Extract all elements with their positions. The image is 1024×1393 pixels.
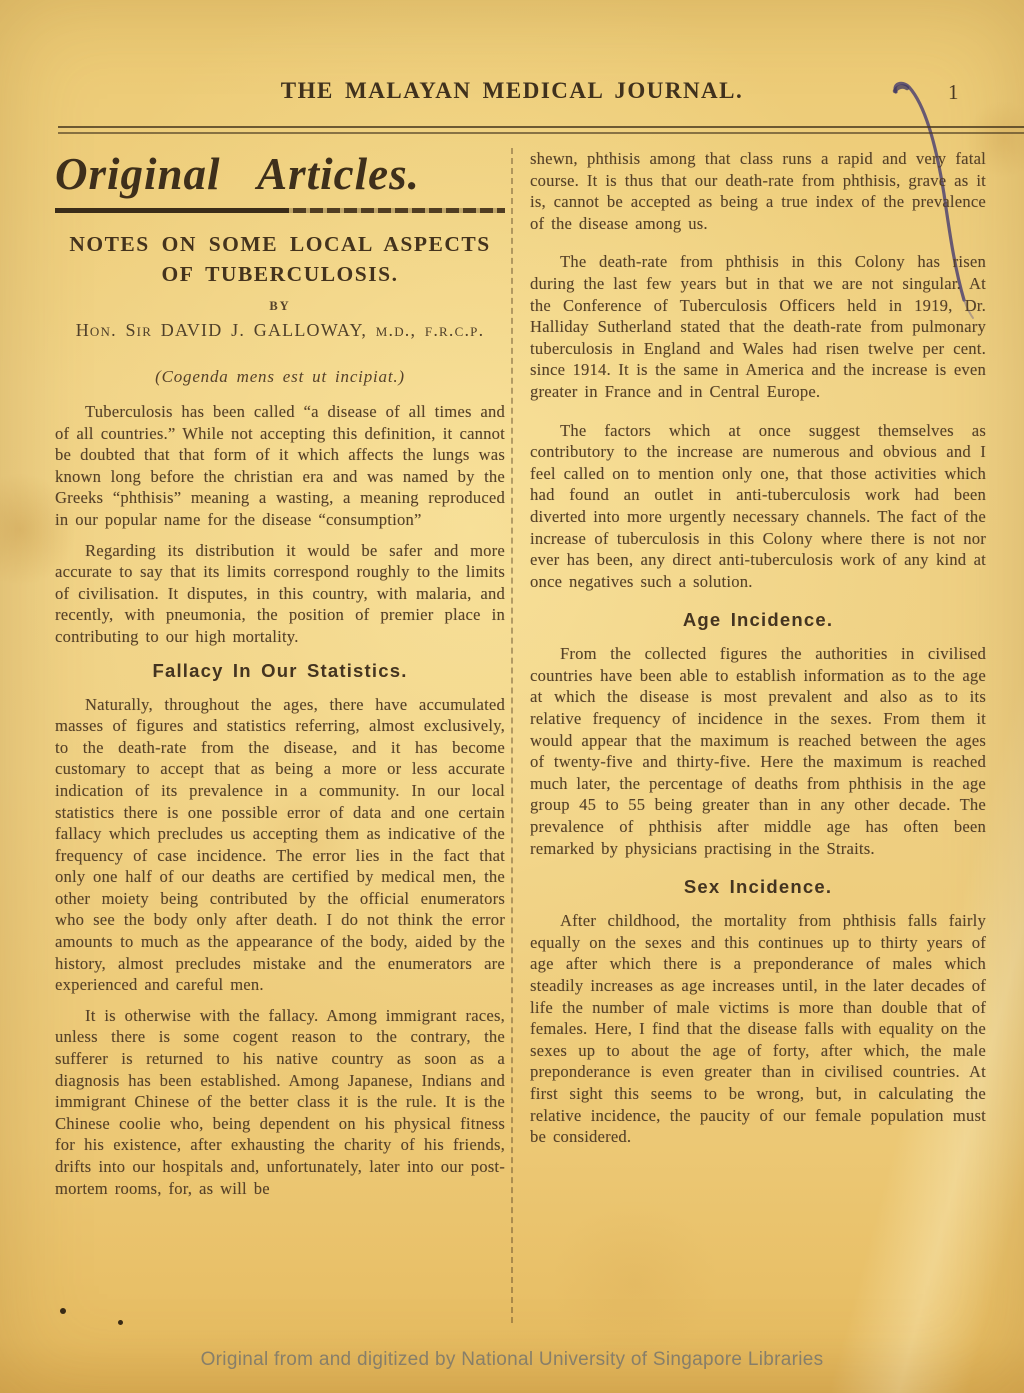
section-title-rule bbox=[55, 208, 505, 213]
heading-age-incidence: Age Incidence. bbox=[530, 609, 986, 631]
header-divider-rule bbox=[58, 126, 1024, 134]
latin-epigraph: (Cogenda mens est ut incipiat.) bbox=[55, 367, 505, 387]
digitization-credit: Original from and digitized by National … bbox=[0, 1349, 1024, 1371]
article-title: NOTES ON SOME LOCAL ASPECTS OF TUBERCULO… bbox=[55, 229, 505, 289]
paragraph-death-rate-continuation: shewn, phthisis among that class runs a … bbox=[530, 148, 986, 234]
section-title: Original Articles. bbox=[55, 148, 505, 200]
paragraph-statistics-error: Naturally, throughout the ages, there ha… bbox=[55, 694, 505, 996]
paragraph-distribution: Regarding its distribution it would be s… bbox=[55, 540, 505, 648]
author-byline: Hon. Sir DAVID J. GALLOWAY, m.d., f.r.c.… bbox=[55, 320, 505, 341]
heading-fallacy-statistics: Fallacy In Our Statistics. bbox=[55, 660, 505, 682]
paragraph-sex-incidence: After childhood, the mortality from phth… bbox=[530, 910, 986, 1148]
ink-dot bbox=[60, 1308, 66, 1314]
by-label: BY bbox=[55, 299, 505, 314]
right-column: shewn, phthisis among that class runs a … bbox=[530, 148, 986, 1165]
journal-title: THE MALAYAN MEDICAL JOURNAL. bbox=[0, 78, 1024, 104]
heading-sex-incidence: Sex Incidence. bbox=[530, 876, 986, 898]
paragraph-colony-death-rate: The death-rate from phthisis in this Col… bbox=[530, 251, 986, 402]
paragraph-tuberculosis-definition: Tuberculosis has been called “a disease … bbox=[55, 401, 505, 531]
paragraph-contributory-factors: The factors which at once suggest themse… bbox=[530, 420, 986, 593]
paragraph-age-incidence: From the collected figures the authoriti… bbox=[530, 643, 986, 859]
paragraph-immigrant-fallacy: It is otherwise with the fallacy. Among … bbox=[55, 1005, 505, 1199]
left-column: Original Articles. NOTES ON SOME LOCAL A… bbox=[55, 148, 505, 1208]
ink-dot bbox=[118, 1320, 123, 1325]
scanned-journal-page: THE MALAYAN MEDICAL JOURNAL. 1 Original … bbox=[0, 0, 1024, 1393]
column-divider-rule bbox=[511, 148, 513, 1323]
